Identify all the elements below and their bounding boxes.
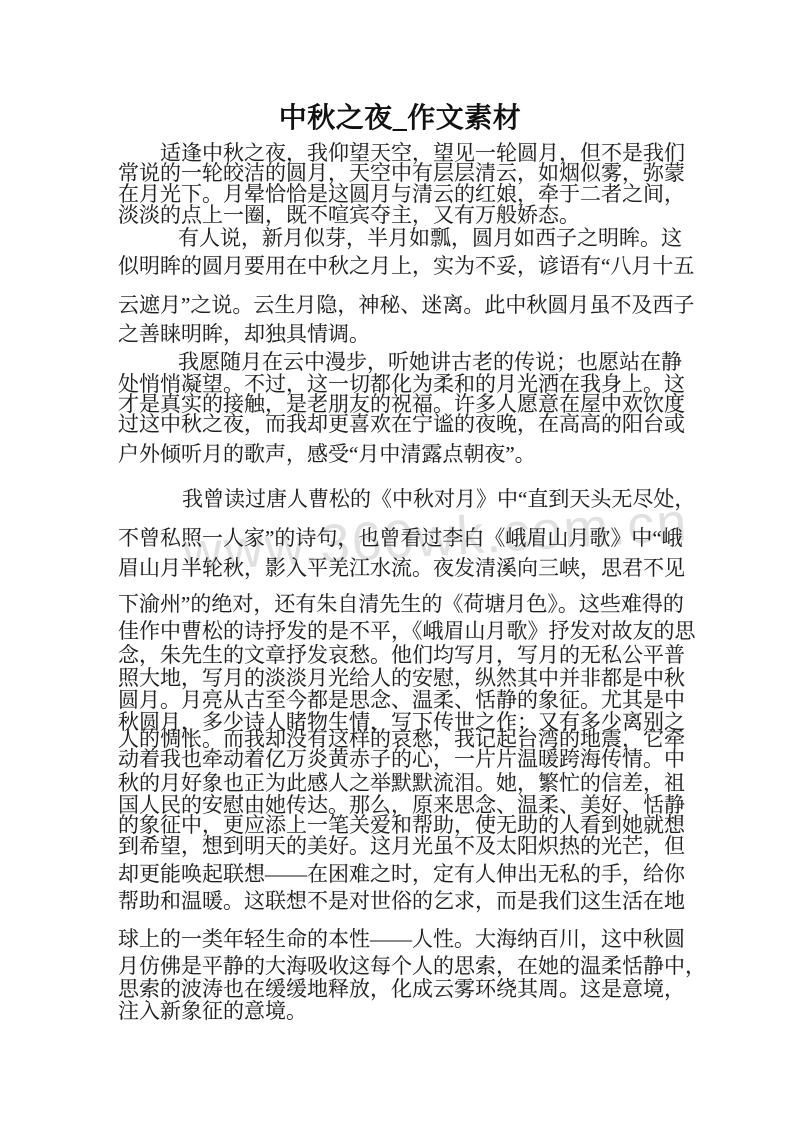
text-line: 却更能唤起联想——在困难之时，定有人伸出无私的手，给你 — [118, 863, 685, 886]
text-line: 过这中秋之夜，而我却更喜欢在宁谧的夜晚，在高高的阳台或 — [118, 413, 685, 436]
text-line: 有人说，新月似芽，半月如瓢，圆月如西子之明眸。这 — [118, 227, 682, 250]
text-line: 月仿佛是平静的大海吸收这每个人的思索，在她的温柔恬静中， — [118, 955, 706, 978]
text-line: 佳作中曹松的诗抒发的是不平，《峨眉山月歌》抒发对故友的思 — [118, 620, 696, 643]
text-line: 念，朱先生的文章抒发哀愁。他们均写月，写月的无私公平普 — [118, 644, 685, 667]
text-line: 下渝州”的绝对，还有朱自清先生的《荷塘月色》。这些难得的 — [118, 593, 684, 616]
text-line: 云遮月”之说。云生月隐，神秘、迷离。此中秋圆月虽不及西子 — [118, 294, 694, 317]
text-line: 我曾读过唐人曹松的《中秋对月》中“直到天头无尽处， — [118, 488, 695, 511]
text-line: 圆月。月亮从古至今都是思念、温柔、恬静的象征。尤其是中 — [118, 689, 685, 712]
text-line: 照大地，写月的淡淡月光给人的安慰，纵然其中并非都是中秋 — [118, 667, 685, 690]
document-body: 适逢中秋之夜，我仰望天空，望见一轮圆月，但不是我们常说的一轮皎洁的圆月，天空中有… — [0, 0, 800, 1132]
text-line: 之善睐明眸，却独具情调。 — [118, 323, 370, 346]
text-line: 户外倾听月的歌声，感受“月中清露点朝夜”。 — [118, 443, 536, 466]
text-line: 帮助和温暖。这联想不是对世俗的乞求，而是我们这生活在地 — [118, 890, 685, 913]
text-line: 秋的月好象也正为此感人之举默默流泪。她，繁忙的信差，祖 — [118, 772, 685, 795]
document-page: 中秋之夜_作文素材 www.360wk.com.cn 适逢中秋之夜，我仰望天空，… — [0, 0, 800, 1132]
text-line: 思索的波涛也在缓缓地释放，化成云雾环绕其周。这是意境， — [118, 978, 685, 1001]
text-line: 似明眸的圆月要用在中秋之月上，实为不妥，谚语有“八月十五 — [118, 255, 694, 278]
text-line: 动着我也牵动着亿万炎黄赤子的心，一片片温暖跨海传情。中 — [118, 748, 685, 771]
text-line: 不曾私照一人家”的诗句，也曾看过李白《峨眉山月歌》中“峨 — [118, 527, 683, 550]
text-line: 眉山月半轮秋，影入平羌江水流。夜发清溪向三峡，思君不见 — [118, 557, 685, 580]
text-line: 球上的一类年轻生命的本性——人性。大海纳百川，这中秋圆 — [118, 928, 685, 951]
text-line: 到希望，想到明天的美好。这月光虽不及太阳炽热的光芒，但 — [118, 835, 685, 858]
text-line: 注入新象征的意境。 — [118, 1000, 307, 1023]
text-line: 淡淡的点上一圈，既不喧宾夺主，又有万般娇态。 — [118, 204, 580, 227]
text-line: 我愿随月在云中漫步，听她讲古老的传说；也愿站在静 — [118, 351, 682, 374]
